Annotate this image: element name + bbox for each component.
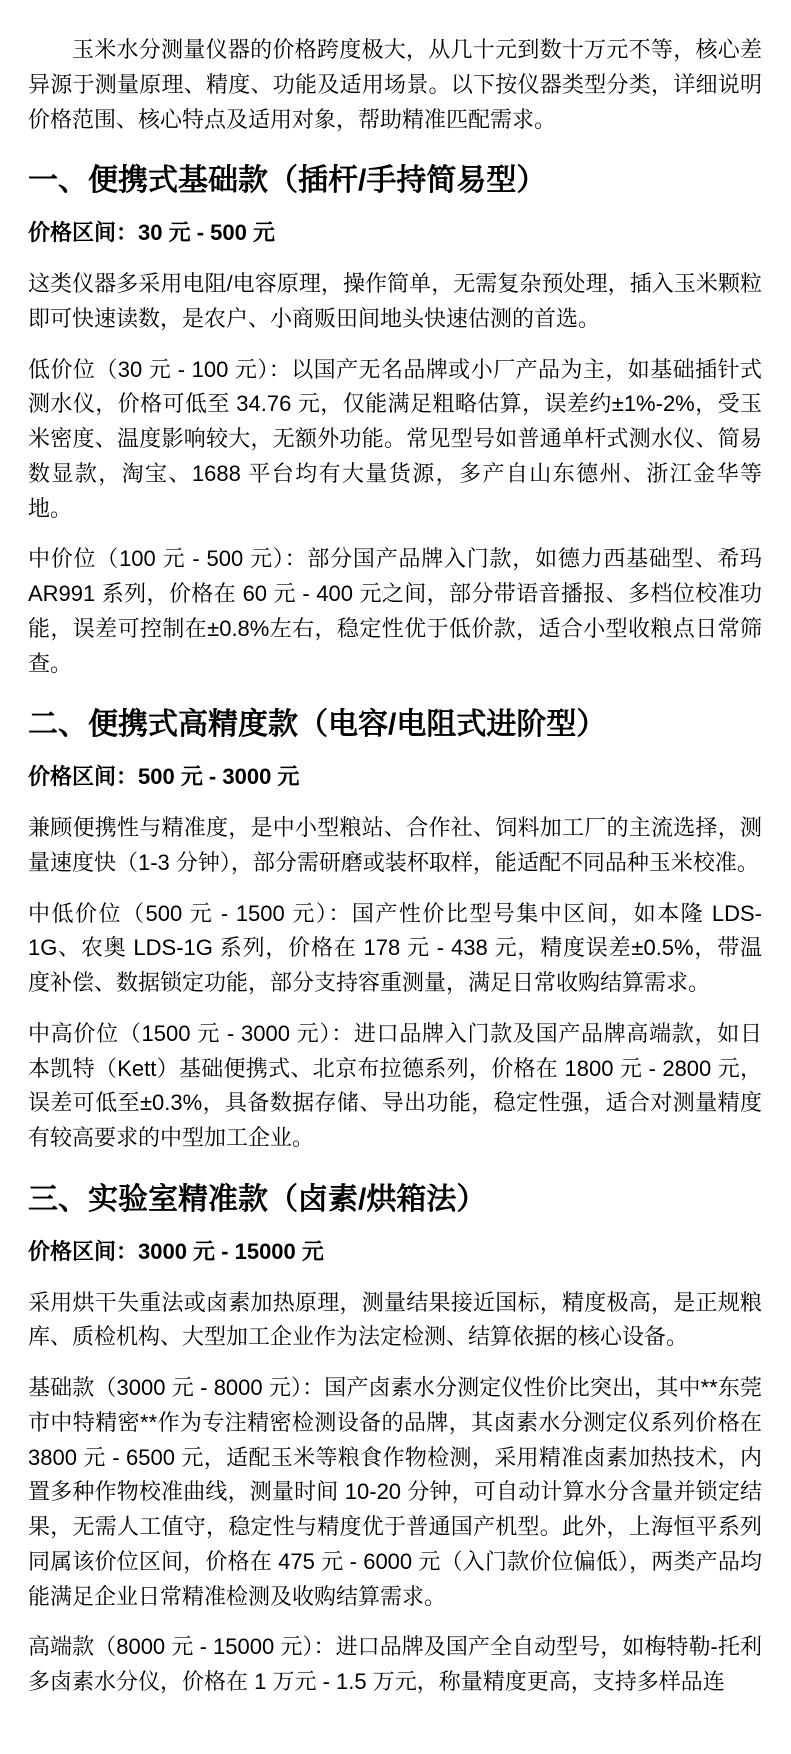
section-1-overview-paragraph: 这类仪器多采用电阻/电容原理，操作简单，无需复杂预处理，插入玉米颗粒即可快速读数… bbox=[28, 267, 762, 337]
section-3-heading: 三、实验室精准款（卤素/烘箱法） bbox=[28, 1180, 762, 1219]
section-1-mid-tier-paragraph: 中价位（100 元 - 500 元）：部分国产品牌入门款，如德力西基础型、希玛 … bbox=[28, 542, 762, 681]
section-2-overview-paragraph: 兼顾便携性与精准度，是中小型粮站、合作社、饲料加工厂的主流选择，测量速度快（1-… bbox=[28, 811, 762, 881]
article-page: 玉米水分测量仪器的价格跨度极大，从几十元到数十万元不等，核心差异源于测量原理、精… bbox=[0, 0, 791, 1754]
intro-paragraph: 玉米水分测量仪器的价格跨度极大，从几十元到数十万元不等，核心差异源于测量原理、精… bbox=[28, 33, 762, 137]
section-1-low-tier-paragraph: 低价位（30 元 - 100 元）：以国产无名品牌或小厂产品为主，如基础插针式测… bbox=[28, 353, 762, 527]
section-2-price-range: 价格区间：500 元 - 3000 元 bbox=[28, 760, 762, 795]
section-3-overview-paragraph: 采用烘干失重法或卤素加热原理，测量结果接近国标，精度极高，是正规粮库、质检机构、… bbox=[28, 1286, 762, 1356]
section-3-basic-tier-paragraph: 基础款（3000 元 - 8000 元）：国产卤素水分测定仪性价比突出，其中**… bbox=[28, 1371, 762, 1614]
section-2-heading: 二、便携式高精度款（电容/电阻式进阶型） bbox=[28, 705, 762, 744]
section-2-mid-high-tier-paragraph: 中高价位（1500 元 - 3000 元）：进口品牌入门款及国产品牌高端款，如日… bbox=[28, 1017, 762, 1156]
section-3-high-end-tier-paragraph: 高端款（8000 元 - 15000 元）：进口品牌及国产全自动型号，如梅特勒-… bbox=[28, 1630, 762, 1700]
section-1-heading: 一、便携式基础款（插杆/手持简易型） bbox=[28, 161, 762, 200]
section-2-mid-low-tier-paragraph: 中低价位（500 元 - 1500 元）：国产性价比型号集中区间，如本隆 LDS… bbox=[28, 897, 762, 1001]
section-1-price-range: 价格区间：30 元 - 500 元 bbox=[28, 216, 762, 251]
section-3-price-range: 价格区间：3000 元 - 15000 元 bbox=[28, 1235, 762, 1270]
